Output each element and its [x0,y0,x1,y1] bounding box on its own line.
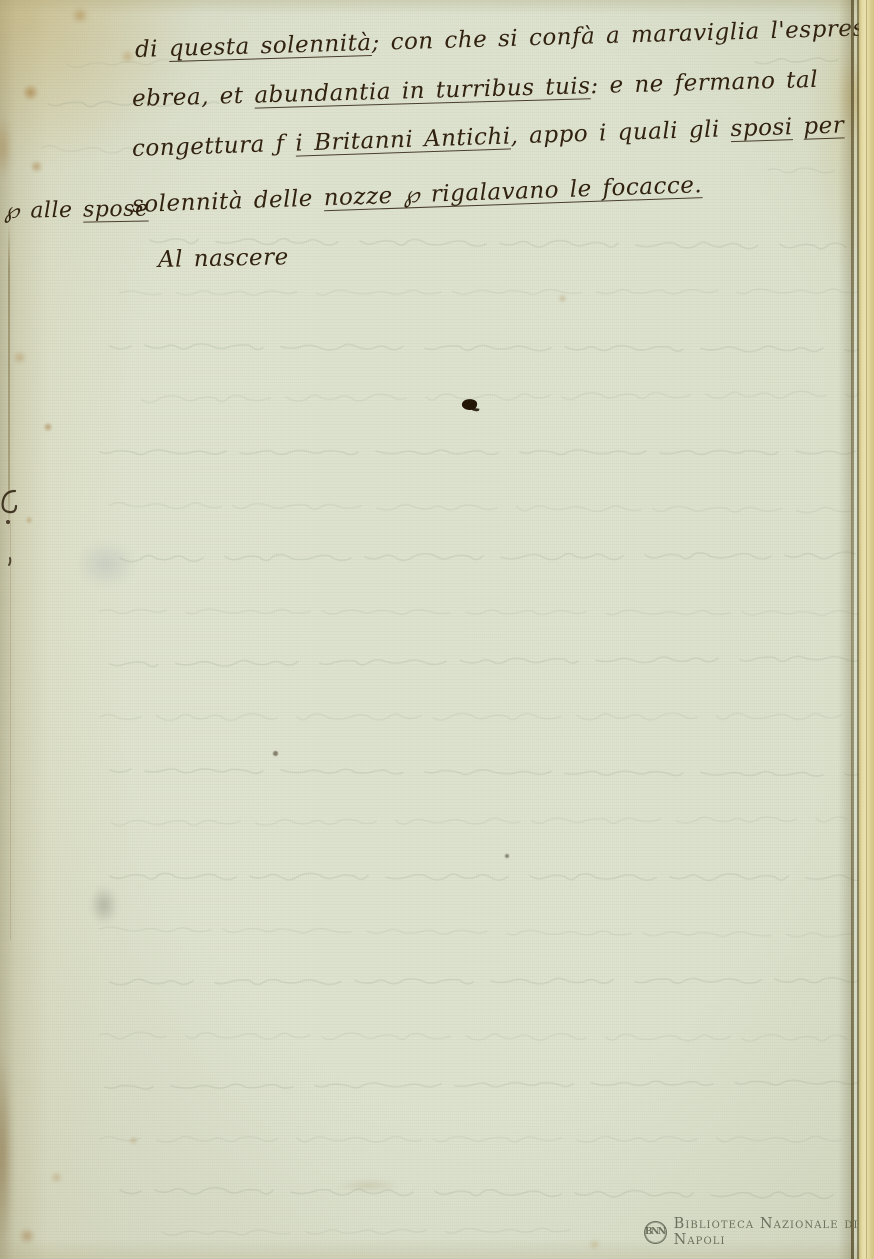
smudge-stain [90,886,118,924]
insertion-mark: ℘ alle [4,198,83,224]
foxing-stain [558,294,567,303]
bleed-through-line [110,656,866,666]
ink-speck [273,751,278,756]
manuscript-line-1: di questa solennità; con che si confà a … [135,14,874,63]
margin-insertion-note: ℘ alle spose [4,196,149,224]
foxing-stain [128,1136,139,1145]
bleed-through-line [142,391,859,402]
underlined-phrase: i Britanni Antichi [295,123,511,156]
underlined-word: sposi [730,114,793,142]
foxing-stain [0,115,12,180]
bleed-through-line [110,873,866,880]
bleed-through-line [120,289,861,295]
manuscript-line-5: Al nascere [158,244,289,273]
text-segment: ; con che si confà a maraviglia l'espres… [371,14,874,56]
text-segment: di [135,36,170,63]
foxing-stain [18,1228,36,1244]
manuscript-line-2: ebrea, et abundantia in turribus tuis: e… [132,67,819,112]
foxing-stain [22,84,39,101]
edge-grime [0,1050,13,1259]
bleed-through-line [110,769,860,776]
bleed-through-line [100,713,853,720]
blue-bleed-mark [74,538,138,590]
manuscript-page: di questa solennità; con che si confà a … [0,0,874,1259]
foxing-stain [50,1172,63,1183]
foxing-stain [43,422,53,432]
text-segment: Al nascere [158,244,289,273]
ink-speck [505,854,509,858]
bleed-through-line [110,503,851,513]
ink-blot [461,398,478,411]
manuscript-line-4: solennità delle nozze ℘ rigalavano le fo… [132,172,703,218]
paper-crease [10,520,11,940]
book-fore-edge-line [866,0,867,1259]
bleed-through-line [100,1032,847,1041]
text-segment [792,114,804,140]
page-edge-shadow [838,0,852,1259]
bleed-through-line [110,344,860,352]
bleed-through-line [105,1080,861,1089]
bleed-through-line [120,1188,855,1199]
foxing-stain [70,8,90,23]
underlined-word: spose [83,196,149,222]
text-segment: : e ne fermano tal [590,67,818,99]
library-monogram-icon: BNN [644,1221,667,1244]
foxing-stain [120,50,135,63]
manuscript-line-3: congettura ƒ i Britanni Antichi, appo i … [132,112,845,162]
underlined-phrase: nozze ℘ rigalavano le focacce. [323,172,702,211]
bleed-through-line [162,1228,570,1235]
foxing-stain [30,160,43,173]
bleed-through-line [100,609,870,615]
bleed-through-line [110,978,860,985]
bleed-through-line [100,450,856,455]
text-segment: solennità delle [132,185,325,218]
underlined-phrase: questa solennità [168,30,371,62]
faint-streak [336,1180,400,1191]
foxing-stain [13,350,26,365]
bleed-through-line [120,552,855,561]
text-segment: congettura ƒ [132,131,296,162]
foxing-stain [25,516,33,524]
bleed-through-line [112,817,847,825]
page-edge-line [851,0,854,1259]
text-segment: ebrea, et [132,83,255,112]
text-segment: , appo i quali gli [510,116,731,149]
bleed-through-line [100,927,853,937]
bleed-through-line [100,1136,853,1142]
foxing-stain [588,1240,601,1249]
paper-crease [8,222,10,532]
underlined-latin-quote: abundantia in turribus tuis [254,73,591,108]
